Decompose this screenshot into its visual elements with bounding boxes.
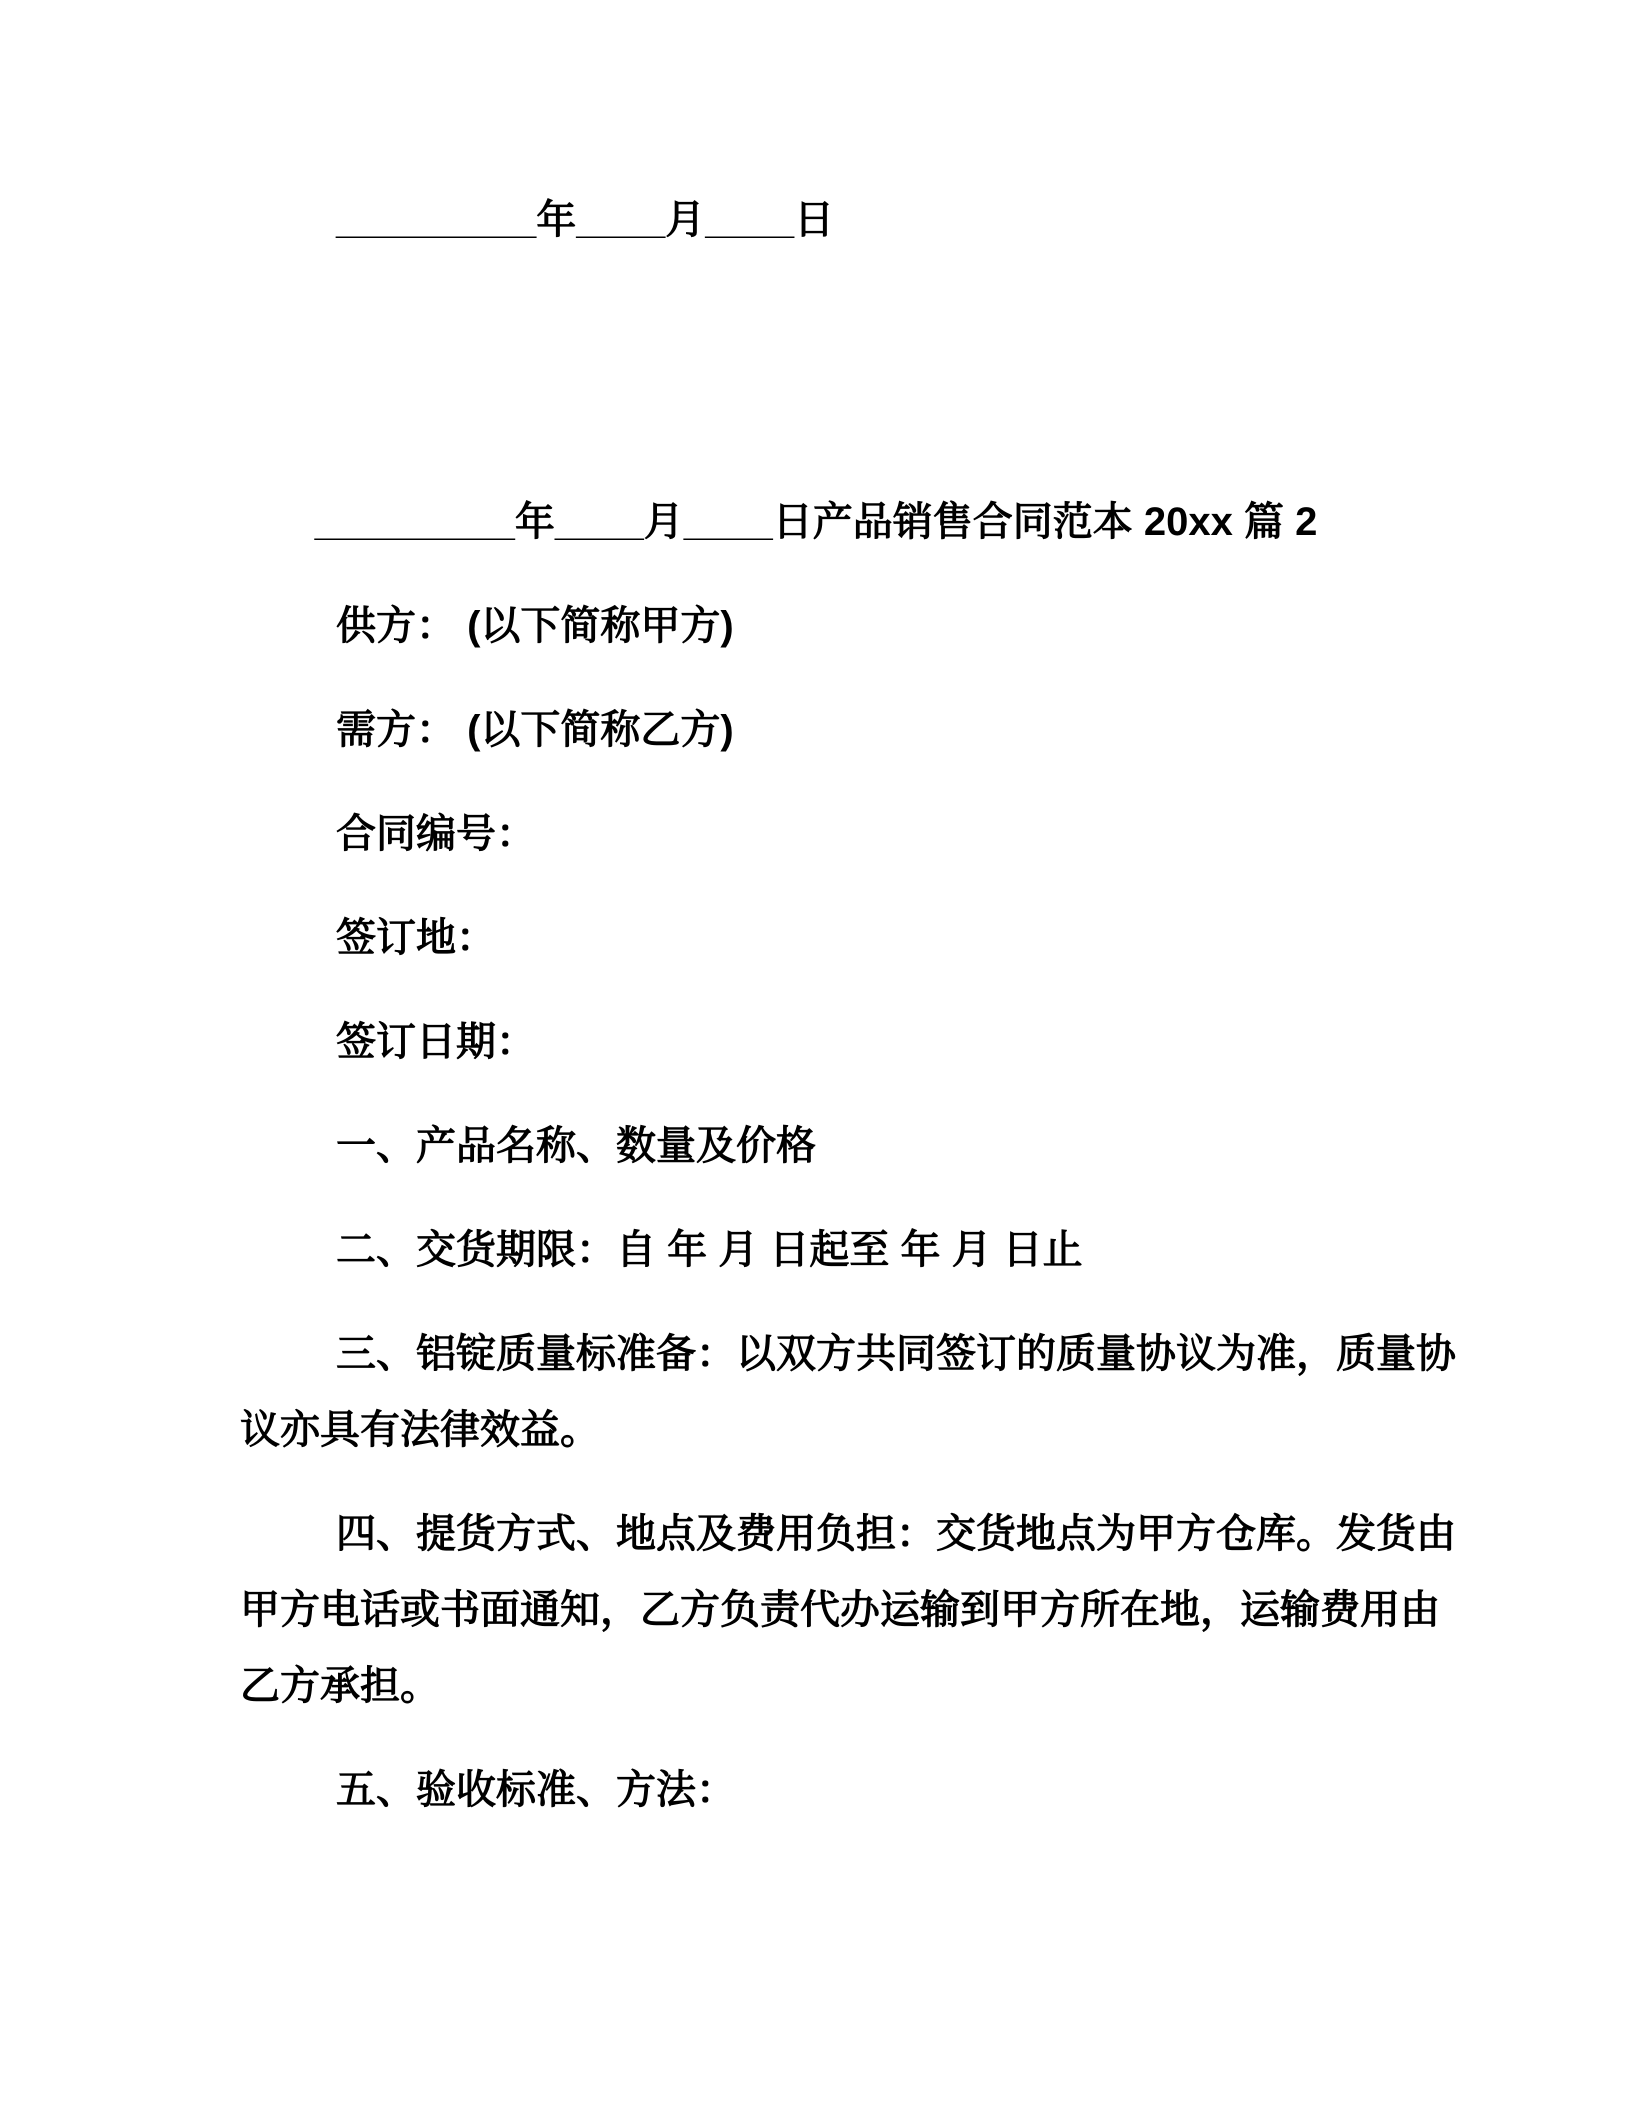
demander-party-line: 需方： (以下简称乙方)	[240, 692, 1392, 768]
clause-3-quality-standard-line-2: 议亦具有法律效益。	[240, 1392, 1392, 1468]
supplier-party-line: 供方： (以下简称甲方)	[240, 588, 1392, 664]
document-body: _________年____月____日 _________年____月____…	[0, 182, 1632, 1828]
clause-4-pickup-method-line-2: 甲方电话或书面通知，乙方负责代办运输到甲方所在地，运输费用由	[240, 1572, 1392, 1648]
contract-title: _________年____月____日产品销售合同范本 20xx 篇 2	[240, 484, 1392, 560]
clause-3-quality-standard-line-1: 三、铝锭质量标准备：以双方共同签订的质量协议为准，质量协	[240, 1316, 1392, 1392]
clause-4-pickup-method-line-3: 乙方承担。	[240, 1648, 1392, 1724]
signing-place-label: 签订地：	[240, 900, 1392, 976]
signing-date-label: 签订日期：	[240, 1004, 1392, 1080]
contract-number-label: 合同编号：	[240, 796, 1392, 872]
date-blank-line: _________年____月____日	[240, 182, 1392, 258]
document-page: _________年____月____日 _________年____月____…	[0, 0, 1632, 2112]
clause-1-product-name-quantity-price: 一、产品名称、数量及价格	[240, 1108, 1392, 1184]
clause-5-acceptance-standard: 五、验收标准、方法：	[240, 1752, 1392, 1828]
clause-2-delivery-deadline: 二、交货期限：自 年 月 日起至 年 月 日止	[240, 1212, 1392, 1288]
clause-4-pickup-method-line-1: 四、提货方式、地点及费用负担：交货地点为甲方仓库。发货由	[240, 1496, 1392, 1572]
